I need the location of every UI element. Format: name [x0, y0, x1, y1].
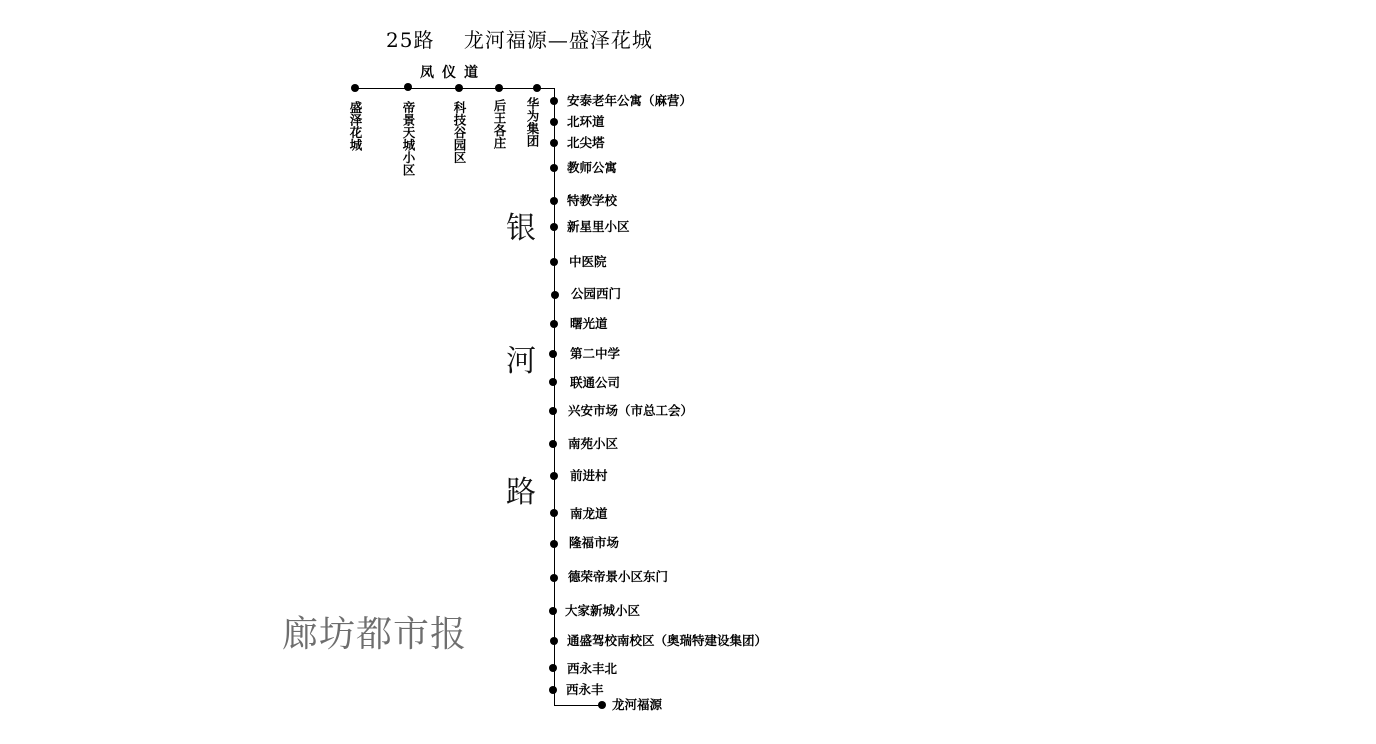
station-label: 教师公寓 [567, 158, 617, 176]
station-label: 通盛驾校南校区（奥瑞特建设集团） [567, 631, 767, 649]
road-name-fengyi: 凤仪道 [420, 62, 486, 82]
station-dot [550, 258, 558, 266]
station-dot [550, 320, 558, 328]
road-name-char: 河 [506, 336, 536, 380]
station-dot [549, 607, 557, 615]
station-dot [550, 139, 558, 147]
station-dot [550, 97, 558, 105]
station-label: 德荣帝景小区东门 [568, 567, 668, 585]
station-label: 北尖塔 [567, 133, 605, 151]
station-dot [455, 84, 463, 92]
station-dot [549, 350, 557, 358]
station-dot [549, 378, 557, 386]
station-dot [550, 540, 558, 548]
road-name-char: 银 [506, 203, 536, 247]
station-dot [550, 472, 558, 480]
station-dot [550, 118, 558, 126]
road-name-char: 路 [506, 467, 536, 511]
station-dot [551, 291, 559, 299]
station-dot [549, 664, 557, 672]
station-dot [549, 440, 557, 448]
station-label: 联通公司 [570, 373, 620, 391]
station-dot [550, 164, 558, 172]
station-dot [549, 407, 557, 415]
station-dot [550, 223, 558, 231]
station-label: 科技谷园区 [452, 101, 466, 164]
station-dot [550, 637, 558, 645]
station-label: 公园西门 [571, 284, 621, 302]
station-label: 新星里小区 [567, 217, 630, 235]
station-label: 第二中学 [570, 344, 620, 362]
station-dot [549, 686, 557, 694]
station-dot [550, 574, 558, 582]
station-label: 北环道 [567, 112, 605, 130]
station-label: 盛泽花城 [348, 101, 362, 151]
station-label: 中医院 [569, 252, 607, 270]
station-label: 兴安市场（市总工会） [568, 401, 693, 419]
station-dot [404, 83, 412, 91]
station-label: 南龙道 [570, 504, 608, 522]
station-dot [550, 509, 558, 517]
station-dot [495, 84, 503, 92]
station-label: 大家新城小区 [565, 601, 640, 619]
station-label: 西永丰北 [567, 659, 617, 677]
station-label: 前进村 [570, 466, 608, 484]
route-title: 25路 龙河福源—盛泽花城 [386, 24, 653, 53]
station-label: 南苑小区 [568, 434, 618, 452]
terminal-station-label: 龙河福源 [612, 695, 662, 713]
terminal-station-dot [598, 701, 606, 709]
station-label: 西永丰 [566, 680, 604, 698]
station-dot [550, 197, 558, 205]
station-label: 曙光道 [570, 314, 608, 332]
route-line-bottom [554, 705, 602, 707]
station-label: 特教学校 [567, 191, 617, 209]
station-label: 帝景天城小区 [401, 101, 415, 176]
station-dot [533, 84, 541, 92]
station-label: 华为集团 [525, 97, 539, 147]
newspaper-watermark: 廊坊都市报 [282, 606, 467, 657]
station-label: 安泰老年公寓（麻营） [567, 91, 692, 109]
station-label: 后王各庄 [492, 99, 506, 149]
station-dot [351, 84, 359, 92]
station-label: 隆福市场 [569, 533, 619, 551]
